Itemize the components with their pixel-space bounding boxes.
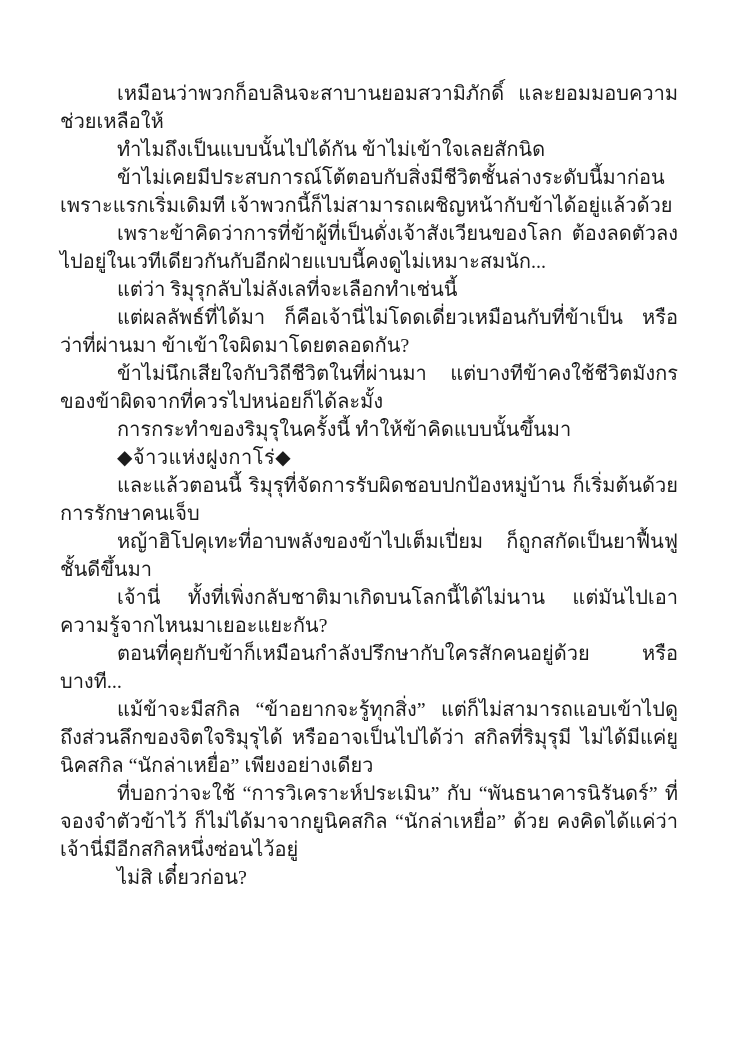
- paragraph: ไม่สิ เดี๋ยวก่อน?: [60, 864, 678, 892]
- paragraph: แม้ข้าจะมีสกิล “ข้าอยากจะรู้ทุกสิ่ง” แต่…: [60, 696, 678, 780]
- paragraph: แต่ผลลัพธ์ที่ได้มา ก็คือเจ้านี่ไม่โดดเดี…: [60, 304, 678, 360]
- paragraph: เจ้านี่ ทั้งที่เพิ่งกลับชาติมาเกิดบนโลกน…: [60, 584, 678, 640]
- paragraph: และแล้วตอนนี้ ริมุรุที่จัดการรับผิดชอบปก…: [60, 472, 678, 528]
- paragraph: การกระทำของริมุรุในครั้งนี้ ทำให้ข้าคิดแ…: [60, 416, 678, 444]
- paragraph: ข้าไม่เคยมีประสบการณ์โต้ตอบกับสิ่งมีชีวิ…: [60, 164, 678, 220]
- paragraph: เหมือนว่าพวกก็อบลินจะสาบานยอมสวามิภักดิ์…: [60, 80, 678, 136]
- novel-text-block: เหมือนว่าพวกก็อบลินจะสาบานยอมสวามิภักดิ์…: [60, 80, 678, 892]
- paragraph: แต่ว่า ริมุรุกลับไม่ลังเลที่จะเลือกทำเช่…: [60, 276, 678, 304]
- paragraph: หญ้าฮิโปคุเทะที่อาบพลังของข้าไปเต็มเปี่ย…: [60, 528, 678, 584]
- paragraph: ข้าไม่นึกเสียใจกับวิถีชีวิตในที่ผ่านมา แ…: [60, 360, 678, 416]
- paragraph: ทำไมถึงเป็นแบบนั้นไปได้กัน ข้าไม่เข้าใจเ…: [60, 136, 678, 164]
- paragraph: ที่บอกว่าจะใช้ “การวิเคราะห์ประเมิน” กับ…: [60, 780, 678, 864]
- paragraph: เพราะข้าคิดว่าการที่ข้าผู้ที่เป็นดั่งเจ้…: [60, 220, 678, 276]
- section-break-line: ◆จ้าวแห่งฝูงกาโร่◆: [60, 444, 678, 472]
- document-page: เหมือนว่าพวกก็อบลินจะสาบานยอมสวามิภักดิ์…: [0, 0, 738, 1051]
- paragraph: ตอนที่คุยกับข้าก็เหมือนกำลังปรึกษากับใคร…: [60, 640, 678, 696]
